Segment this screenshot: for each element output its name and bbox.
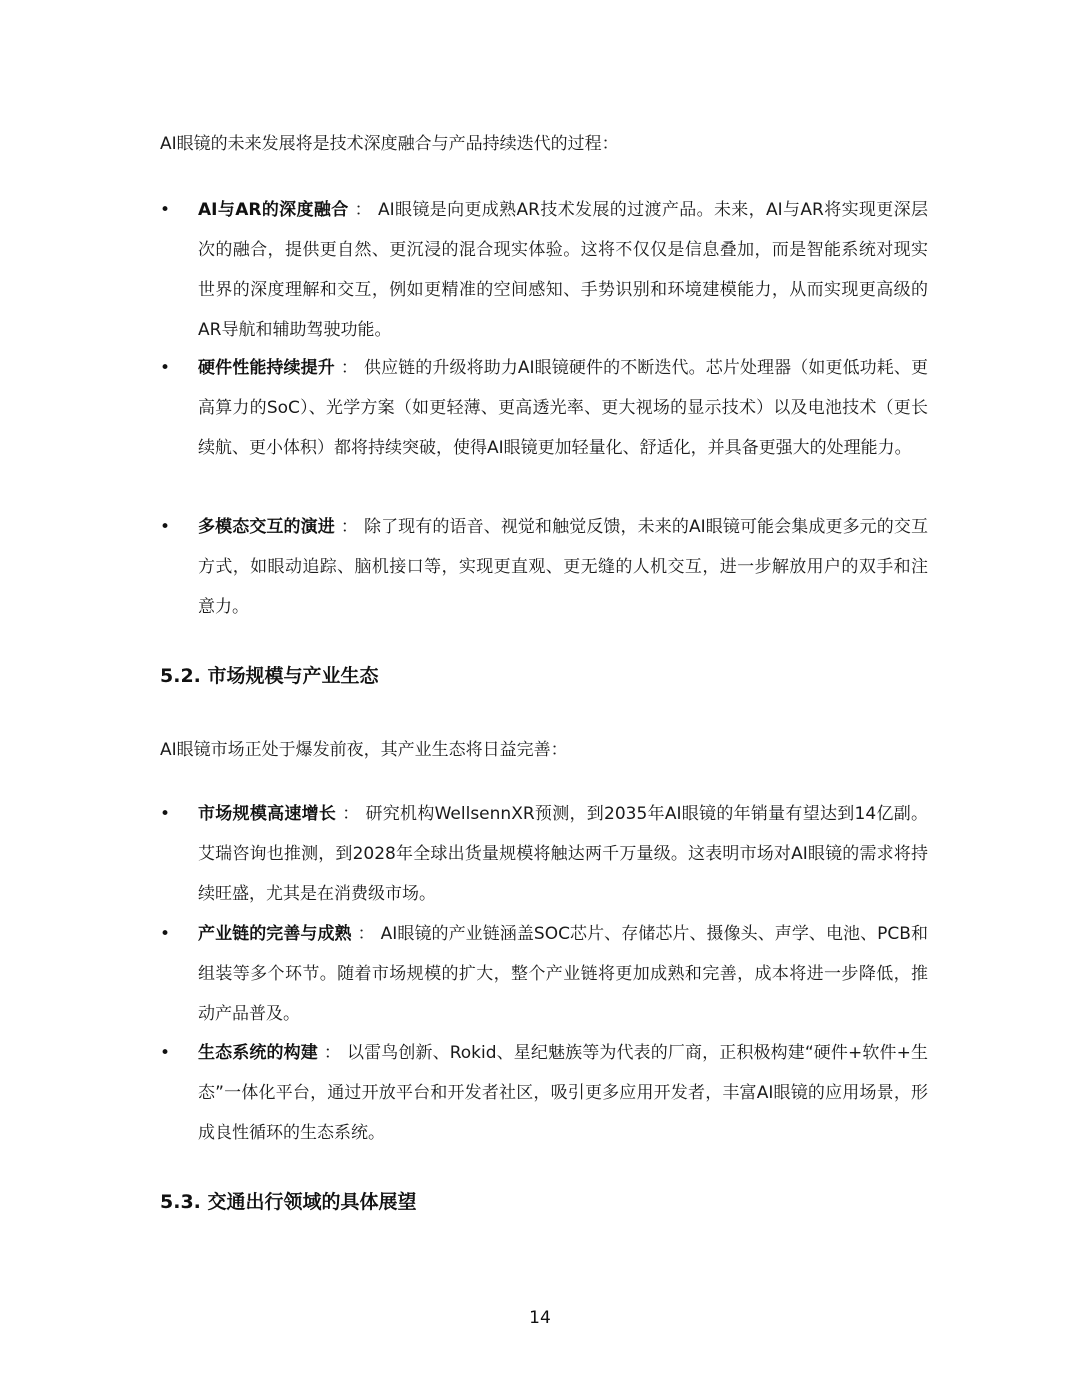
list-item-separator: ： [352, 924, 381, 944]
list-item-term: 生态系统的构建 [198, 1043, 318, 1063]
bullet-icon: • [160, 190, 170, 230]
section-heading-5-3: 5.3. 交通出行领域的具体展望 [160, 1187, 417, 1214]
intro-paragraph-5-1: AI眼镜的未来发展将是技术深度融合与产品持续迭代的过程： [160, 134, 619, 154]
list-item-body: 市场规模高速增长：研究机构WellsennXR预测，到2035年AI眼镜的年销量… [198, 794, 928, 914]
bullet-icon: • [160, 348, 170, 388]
bullet-icon: • [160, 914, 170, 954]
bullet-icon: • [160, 794, 170, 834]
bullet-icon: • [160, 507, 170, 547]
list-item-body: 生态系统的构建：以雷鸟创新、Rokid、星纪魅族等为代表的厂商，正积极构建“硬件… [198, 1033, 928, 1153]
list-item-term: AI与AR的深度融合 [198, 200, 349, 220]
list-item-separator: ： [336, 804, 365, 824]
list-item: • 硬件性能持续提升：供应链的升级将助力AI眼镜硬件的不断迭代。芯片处理器（如更… [160, 348, 940, 468]
section-heading-5-2: 5.2. 市场规模与产业生态 [160, 661, 379, 688]
list-item-separator: ： [349, 200, 378, 220]
page-number: 14 [0, 1308, 1080, 1328]
intro-paragraph-5-2: AI眼镜市场正处于爆发前夜，其产业生态将日益完善： [160, 740, 568, 760]
list-item-separator: ： [335, 358, 364, 378]
list-item-body: 产业链的完善与成熟：AI眼镜的产业链涵盖SOC芯片、存储芯片、摄像头、声学、电池… [198, 914, 928, 1034]
list-item-term: 市场规模高速增长 [198, 804, 336, 824]
list-item: • 生态系统的构建：以雷鸟创新、Rokid、星纪魅族等为代表的厂商，正积极构建“… [160, 1033, 940, 1153]
list-item: • 产业链的完善与成熟：AI眼镜的产业链涵盖SOC芯片、存储芯片、摄像头、声学、… [160, 914, 940, 1034]
list-item-separator: ： [335, 517, 364, 537]
list-item: • 多模态交互的演进：除了现有的语音、视觉和触觉反馈，未来的AI眼镜可能会集成更… [160, 507, 940, 627]
list-item-body: AI与AR的深度融合：AI眼镜是向更成熟AR技术发展的过渡产品。未来，AI与AR… [198, 190, 928, 350]
list-item-term: 产业链的完善与成熟 [198, 924, 352, 944]
list-item-body: 硬件性能持续提升：供应链的升级将助力AI眼镜硬件的不断迭代。芯片处理器（如更低功… [198, 348, 928, 468]
list-item-term: 多模态交互的演进 [198, 517, 335, 537]
list-item-separator: ： [318, 1043, 347, 1063]
bullet-icon: • [160, 1033, 170, 1073]
list-item: • AI与AR的深度融合：AI眼镜是向更成熟AR技术发展的过渡产品。未来，AI与… [160, 190, 940, 350]
list-item-text: AI眼镜是向更成熟AR技术发展的过渡产品。未来，AI与AR将实现更深层次的融合，… [198, 200, 928, 340]
list-item-body: 多模态交互的演进：除了现有的语音、视觉和触觉反馈，未来的AI眼镜可能会集成更多元… [198, 507, 928, 627]
list-item: • 市场规模高速增长：研究机构WellsennXR预测，到2035年AI眼镜的年… [160, 794, 940, 914]
document-page: AI眼镜的未来发展将是技术深度融合与产品持续迭代的过程： • AI与AR的深度融… [0, 0, 1080, 1398]
list-item-term: 硬件性能持续提升 [198, 358, 335, 378]
